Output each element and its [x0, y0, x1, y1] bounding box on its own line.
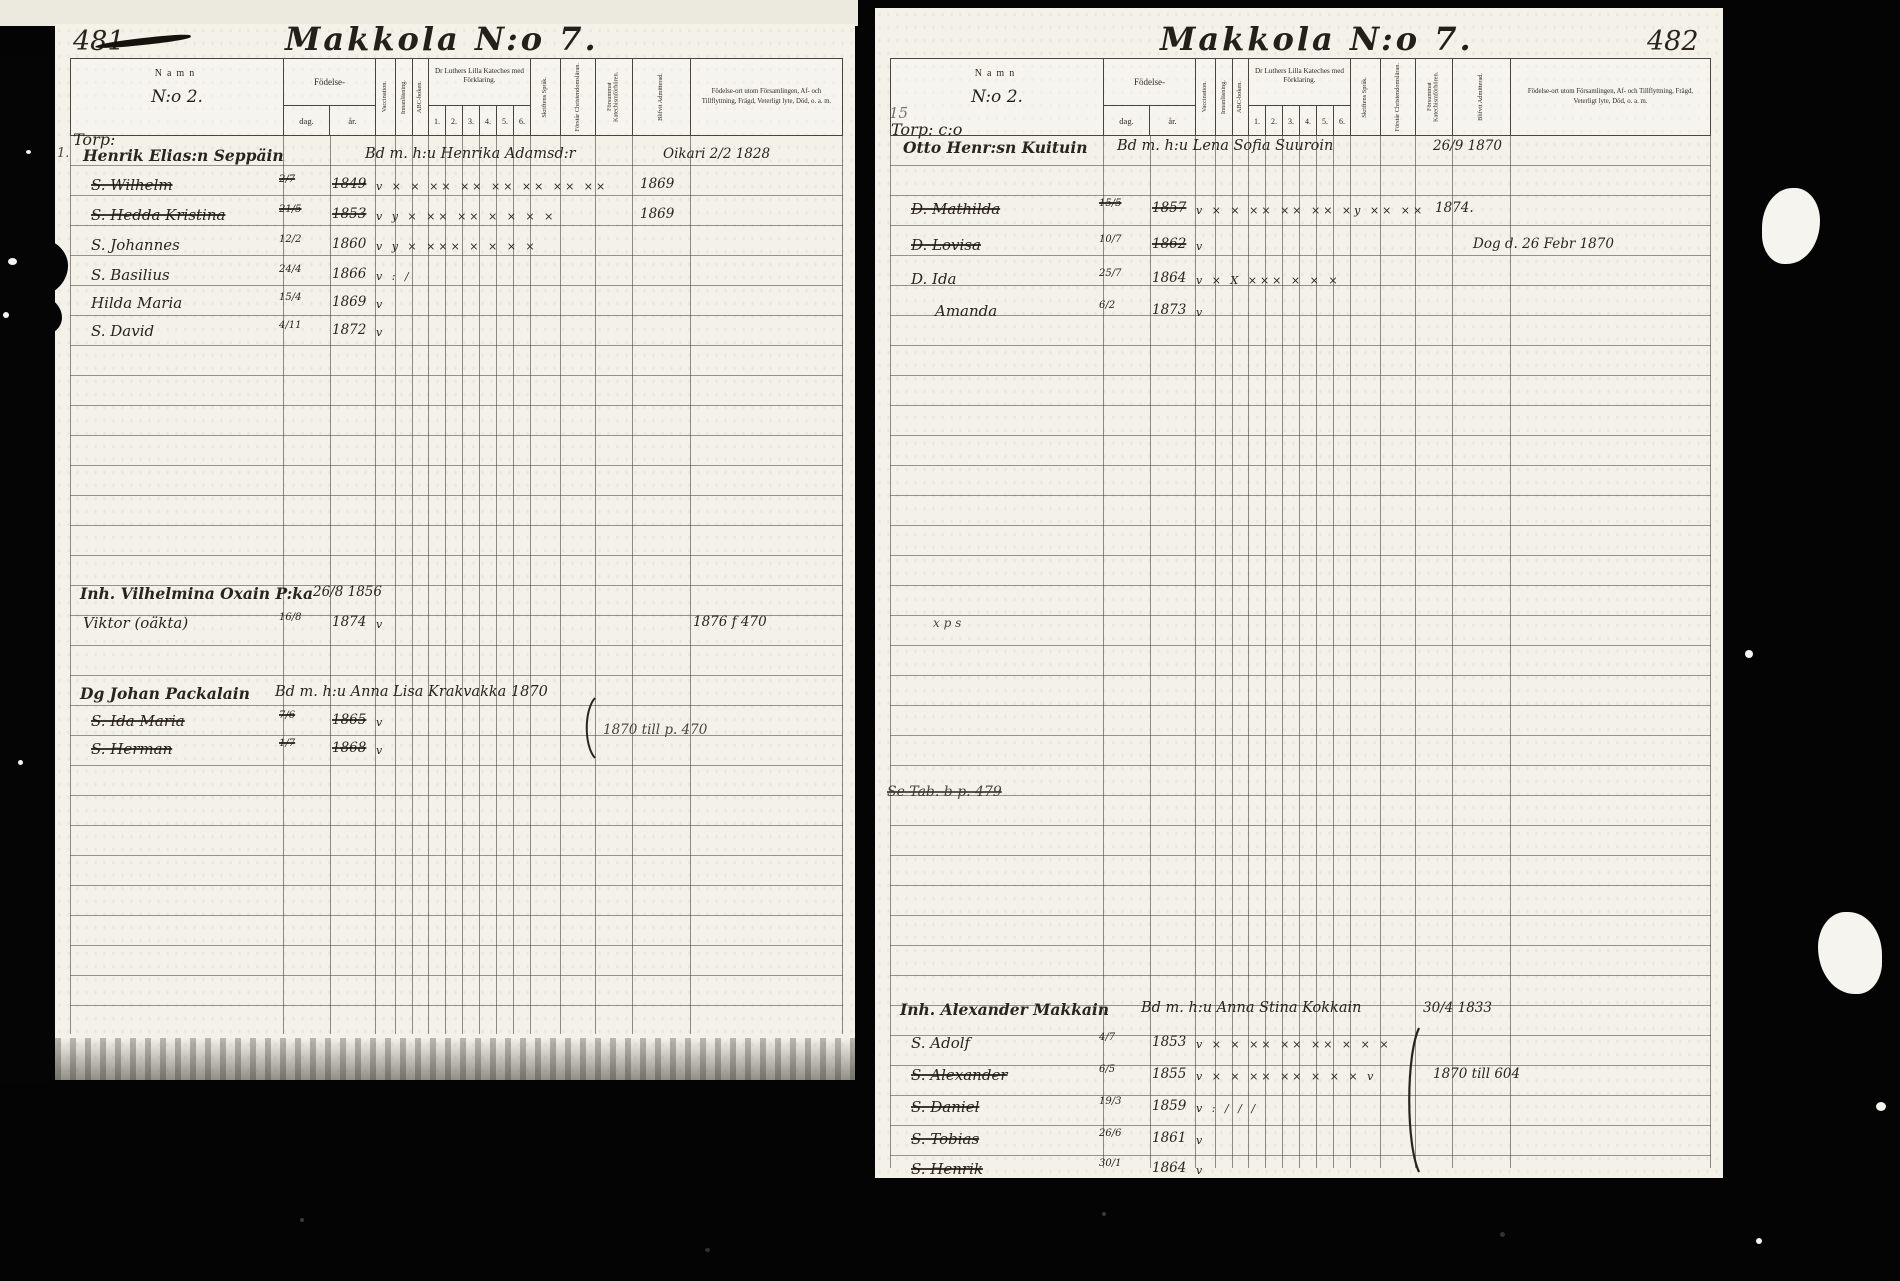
person-name: S. Johannes: [91, 236, 180, 254]
page-title: Makkola N:o 7.: [1160, 20, 1474, 58]
person-name: Dg Johan Packalain: [80, 684, 250, 703]
birth-date: 15/4: [279, 292, 301, 303]
person-name: S. Henrik: [911, 1160, 983, 1178]
birth-date: 6/5: [1099, 1064, 1115, 1075]
birth-date: 30/1: [1099, 1158, 1121, 1169]
birth-year: 1873: [1152, 302, 1186, 318]
scan-artifact-speck: [1102, 1212, 1106, 1216]
birth-date: 24/4: [279, 264, 301, 275]
table-header: Namn N:o 2. Födelse- dag. år. Vaccinatio…: [70, 58, 843, 136]
person-name: Otto Henr:sn Kuituin: [903, 138, 1088, 157]
record-row: D. Mathilda 15/5 1857 v × × ×× ×× ×× ×y …: [875, 198, 1723, 228]
catechism-col-6: 6.: [514, 106, 530, 136]
header-birth-year: år.: [1150, 106, 1195, 136]
header-col-birth: Födelse- dag. år.: [284, 59, 376, 135]
header-admitted-label: Blifvit Admitterad.: [1478, 73, 1485, 121]
birth-date: 15/5: [1099, 198, 1121, 209]
person-name: Viktor (oäkta): [83, 614, 188, 632]
header-name-annotation: N:o 2.: [891, 87, 1103, 107]
header-name-label: Namn: [71, 68, 283, 79]
header-understands-label: Förstår Christendomsläran.: [575, 63, 582, 132]
record-row: S. Hedda Kristina 21/5 1853 v y × ×× ×× …: [55, 204, 855, 234]
person-name: Inh. Alexander Makkain: [900, 1000, 1109, 1019]
brace-mark: [581, 696, 599, 760]
header-col-abc: ABC-boken.: [413, 59, 429, 135]
page-left: 481 Makkola N:o 7. Namn N:o 2. Födelse- …: [55, 24, 855, 1080]
header-name-label: Namn: [891, 68, 1103, 79]
header-understands-label: Förstår Christendomsläran.: [1395, 63, 1402, 132]
catechism-col-3: 3.: [1283, 106, 1300, 136]
scan-artifact-speck: [26, 150, 31, 154]
catechism-col-3: 3.: [463, 106, 480, 136]
birth-date: 6/2: [1099, 300, 1115, 311]
birth-year: 1855: [1152, 1066, 1186, 1082]
reading-marks: v: [376, 326, 385, 339]
reading-marks: v: [1196, 1164, 1205, 1177]
scan-artifact-speck: [3, 312, 9, 318]
header-col-understands: Förstår Christendomsläran.: [561, 59, 596, 135]
birth-date: 2/7: [279, 174, 295, 185]
person-name: Henrik Elias:n Seppäin: [83, 146, 284, 165]
record-row: S. Adolf 4/7 1853 v × × ×× ×× ×× × × ×: [875, 1032, 1723, 1062]
header-col-scripture: Skriftens Språk.: [531, 59, 561, 135]
reading-marks: v: [376, 744, 385, 757]
birth-year: 1868: [332, 740, 366, 756]
spouse-note: Bd m. h:u Lena Sofia Suuroin: [1117, 138, 1333, 154]
birth-year: 1874: [332, 614, 366, 630]
spouse-note: Bd m. h:u Anna Lisa Krakvakka 1870: [275, 684, 548, 700]
catechism-col-4: 4.: [480, 106, 497, 136]
reading-marks: v: [1196, 1134, 1205, 1147]
header-col-scripture: Skriftens Språk.: [1351, 59, 1381, 135]
reading-marks: v × × ×× ×× × × × v: [1196, 1070, 1376, 1083]
birth-year: 1864: [1152, 1160, 1186, 1176]
birth-year: 1849: [332, 176, 366, 192]
birth-year: 1866: [332, 266, 366, 282]
birth-year: 1869: [332, 294, 366, 310]
header-col-understands: Förstår Christendomsläran.: [1381, 59, 1416, 135]
scan-artifact-speck: [1756, 1238, 1762, 1244]
table-header: Namn N:o 2. Födelse- dag. år. Vaccinatio…: [890, 58, 1711, 136]
header-col-vaccination: Vaccination.: [1196, 59, 1216, 135]
margin-note: 1870 till 604: [1433, 1066, 1520, 1082]
header-scripture-label: Skriftens Språk.: [1362, 77, 1369, 118]
header-scripture-label: Skriftens Språk.: [542, 77, 549, 118]
header-birth-day: dag.: [1104, 106, 1150, 136]
record-row: Viktor (oäkta) 16/8 1874 v 1876 f 470: [55, 612, 855, 642]
person-name: D. Ida: [911, 270, 957, 288]
birth-year: 1872: [332, 322, 366, 338]
header-vaccination-label: Vaccination.: [382, 81, 389, 112]
person-name: S. Wilhelm: [91, 176, 173, 194]
scan-artifact-blob: [1762, 188, 1820, 264]
person-name: S. Herman: [91, 740, 172, 758]
scan-artifact-speck: [1500, 1232, 1505, 1237]
header-col-admitted: Blifvit Admitterad.: [633, 59, 691, 135]
header-col-vaccination: Vaccination.: [376, 59, 396, 135]
birth-date: 26/6: [1099, 1128, 1121, 1139]
header-catechism-label: Dr Luthers Lilla Kateches med Förklaring…: [429, 59, 530, 106]
header-birth-day: dag.: [284, 106, 330, 136]
page-title: Makkola N:o 7.: [285, 20, 599, 58]
reading-marks: v: [1196, 240, 1205, 253]
record-row-head: Inh. Vilhelmina Oxain P:ka 26/8 1856: [55, 582, 855, 612]
crossed-reference-note: Se Tab. b p. 479: [887, 784, 1002, 800]
reading-marks: v : / / /: [1196, 1102, 1258, 1115]
margin-note: Oikari 2/2 1828: [663, 146, 770, 162]
header-abc-label: ABC-boken.: [1237, 81, 1244, 113]
birth-date: 25/7: [1099, 268, 1121, 279]
person-name: D. Lovisa: [911, 236, 981, 254]
scan-artifact-speck: [300, 1218, 304, 1222]
catechism-col-5: 5.: [1317, 106, 1334, 136]
margin-note: 1876 f 470: [693, 614, 767, 630]
reading-marks: v: [376, 618, 385, 631]
catechism-col-4: 4.: [1300, 106, 1317, 136]
header-reading-label: Innanläsning.: [1221, 80, 1228, 114]
record-row: S. Henrik 30/1 1864 v: [875, 1158, 1723, 1188]
birth-date: 21/5: [279, 204, 301, 215]
header-missed-label: Försummat Katechismförhören.: [607, 60, 620, 134]
page-right: Makkola N:o 7. 482 15 Namn N:o 2. Födels…: [875, 8, 1723, 1178]
scan-artifact-speck: [8, 258, 17, 265]
record-row: Hilda Maria 15/4 1869 v: [55, 292, 855, 322]
record-row: S. Wilhelm 2/7 1849 v × × ×× ×× ×× ×× ××…: [55, 174, 855, 204]
brace-mark: [1403, 1026, 1423, 1174]
header-name-annotation: N:o 2.: [71, 87, 283, 107]
header-birth-label: Födelse-: [284, 59, 375, 106]
record-row-head: Dg Johan Packalain Bd m. h:u Anna Lisa K…: [55, 682, 855, 712]
header-catechism-cells: 1. 2. 3. 4. 5. 6.: [429, 106, 530, 136]
header-col-reading: Innanläsning.: [1216, 59, 1233, 135]
margin-note: 26/9 1870: [1433, 138, 1502, 154]
birth-year: 1860: [332, 236, 366, 252]
record-row: S. Ida Maria 7/6 1865 v: [55, 710, 855, 740]
header-col-notes: Födelse-ort utom Församlingen, Af- och T…: [1511, 59, 1710, 135]
margin-note: 1874.: [1435, 200, 1474, 216]
person-name: S. Adolf: [911, 1034, 970, 1052]
record-row-head: Otto Henr:sn Kuituin Bd m. h:u Lena Sofi…: [875, 136, 1723, 166]
reading-marks: v: [1196, 306, 1205, 319]
scan-artifact-speck: [1745, 650, 1753, 658]
record-row: S. Herman 1/7 1868 v: [55, 738, 855, 768]
catechism-col-2: 2.: [446, 106, 463, 136]
scan-artifact-speck: [705, 1248, 710, 1252]
person-name: S. Daniel: [911, 1098, 979, 1116]
record-row: S. David 4/11 1872 v: [55, 320, 855, 350]
record-row: S. Basilius 24/4 1866 v : /: [55, 264, 855, 294]
birth-date: 10/7: [1099, 234, 1121, 245]
record-row-head: Inh. Alexander Makkain Bd m. h:u Anna St…: [875, 998, 1723, 1028]
header-col-abc: ABC-boken.: [1233, 59, 1249, 135]
record-row: D. Ida 25/7 1864 v × X ××× × × ×: [875, 268, 1723, 298]
ink-scribble: x p s: [933, 616, 961, 630]
header-col-catechism: Dr Luthers Lilla Kateches med Förklaring…: [429, 59, 531, 135]
spouse-note: Bd m. h:u Anna Stina Kokkain: [1141, 1000, 1361, 1016]
catechism-col-1: 1.: [429, 106, 446, 136]
scan-artifact-left-strip: [0, 56, 55, 1082]
person-name: D. Mathilda: [911, 200, 1000, 218]
record-row-head: Henrik Elias:n Seppäin Bd m. h:u Henrika…: [55, 144, 855, 174]
person-name: S. Hedda Kristina: [91, 206, 225, 224]
birth-year: 1853: [1152, 1034, 1186, 1050]
birth-year: 1861: [1152, 1130, 1186, 1146]
header-admitted-label: Blifvit Admitterad.: [658, 73, 665, 121]
record-row: S. Daniel 19/3 1859 v : / / /: [875, 1096, 1723, 1126]
header-birth-split: dag. år.: [284, 106, 375, 136]
birth-date: 12/2: [279, 234, 301, 245]
reading-marks: v: [376, 298, 385, 311]
header-abc-label: ABC-boken.: [417, 81, 424, 113]
header-birth-label: Födelse-: [1104, 59, 1195, 106]
record-row: S. Johannes 12/2 1860 v y × ××× × × × ×: [55, 234, 855, 264]
reading-marks: v : /: [376, 270, 412, 283]
birth-year: 1865: [332, 712, 366, 728]
header-col-notes: Födelse-ort utom Församlingen, Af- och T…: [691, 59, 842, 135]
record-row: D. Lovisa 10/7 1862 v Dog d. 26 Febr 187…: [875, 234, 1723, 264]
header-col-admitted: Blifvit Admitterad.: [1453, 59, 1511, 135]
reading-marks: v × × ×× ×× ×× ×y ×× ××: [1196, 204, 1425, 217]
header-missed-label: Försummat Katechismförhören.: [1427, 60, 1440, 134]
person-name: S. Basilius: [91, 266, 170, 284]
person-name: Inh. Vilhelmina Oxain P:ka: [80, 584, 313, 603]
scan-artifact-speck: [18, 760, 23, 765]
birth-date: 4/7: [1099, 1032, 1115, 1043]
header-col-name: Namn N:o 2.: [71, 59, 284, 135]
reading-marks: v: [376, 716, 385, 729]
spouse-note: Bd m. h:u Henrika Adamsd:r: [365, 146, 576, 162]
person-name: Amanda: [935, 302, 997, 320]
reading-marks: v × × ×× ×× ×× ×× ×× ××: [376, 180, 608, 193]
person-name: Hilda Maria: [91, 294, 182, 312]
birth-year: 1857: [1152, 200, 1186, 216]
record-row: S. Alexander 6/5 1855 v × × ×× ×× × × × …: [875, 1064, 1723, 1094]
header-birth-split: dag. år.: [1104, 106, 1195, 136]
header-col-birth: Födelse- dag. år.: [1104, 59, 1196, 135]
scan-artifact-speck: [1876, 1102, 1886, 1111]
header-catechism-cells: 1. 2. 3. 4. 5. 6.: [1249, 106, 1350, 136]
birth-year: 1853: [332, 206, 366, 222]
reading-marks: v × X ××× × × ×: [1196, 274, 1341, 287]
reading-marks: v y × ×× ×× × × × ×: [376, 210, 556, 223]
header-col-missed: Försummat Katechismförhören.: [1416, 59, 1453, 135]
scanned-document: 481 Makkola N:o 7. Namn N:o 2. Födelse- …: [0, 0, 1900, 1281]
birth-year: 1862: [1152, 236, 1186, 252]
record-row: S. Tobias 26/6 1861 v: [875, 1128, 1723, 1158]
birth-year: 1864: [1152, 270, 1186, 286]
birth-year: 1859: [1152, 1098, 1186, 1114]
birth-date: 26/8 1856: [313, 584, 382, 600]
birth-date: 16/8: [279, 612, 301, 623]
admitted-year: 1869: [640, 176, 674, 192]
reading-marks: v y × ××× × × × ×: [376, 240, 538, 253]
birth-date: 7/6: [279, 710, 295, 721]
catechism-col-6: 6.: [1334, 106, 1350, 136]
admitted-year: 1869: [640, 206, 674, 222]
person-name: S. Alexander: [911, 1066, 1008, 1084]
person-name: S. Tobias: [911, 1130, 979, 1148]
margin-note: Dog d. 26 Febr 1870: [1473, 236, 1614, 252]
header-birth-year: år.: [330, 106, 375, 136]
header-catechism-label: Dr Luthers Lilla Kateches med Förklaring…: [1249, 59, 1350, 106]
reading-marks: v × × ×× ×× ×× × × ×: [1196, 1038, 1392, 1051]
birth-date: 1/7: [279, 738, 295, 749]
record-row: Amanda 6/2 1873 v: [875, 300, 1723, 330]
header-col-catechism: Dr Luthers Lilla Kateches med Förklaring…: [1249, 59, 1351, 135]
catechism-col-2: 2.: [1266, 106, 1283, 136]
catechism-col-1: 1.: [1249, 106, 1266, 136]
birth-date: 19/3: [1099, 1096, 1121, 1107]
person-name: S. Ida Maria: [91, 712, 185, 730]
header-vaccination-label: Vaccination.: [1202, 81, 1209, 112]
birth-date: 4/11: [279, 320, 301, 331]
header-col-reading: Innanläsning.: [396, 59, 413, 135]
page-number: 482: [1647, 26, 1699, 57]
scan-artifact-blob: [1818, 912, 1882, 994]
person-name: S. David: [91, 322, 154, 340]
header-reading-label: Innanläsning.: [401, 80, 408, 114]
catechism-col-5: 5.: [497, 106, 514, 136]
scan-artifact-smudge: [55, 1038, 855, 1080]
margin-note: 1870 till p. 470: [603, 722, 707, 738]
header-col-missed: Försummat Katechismförhören.: [596, 59, 633, 135]
margin-note: 30/4 1833: [1423, 1000, 1492, 1016]
